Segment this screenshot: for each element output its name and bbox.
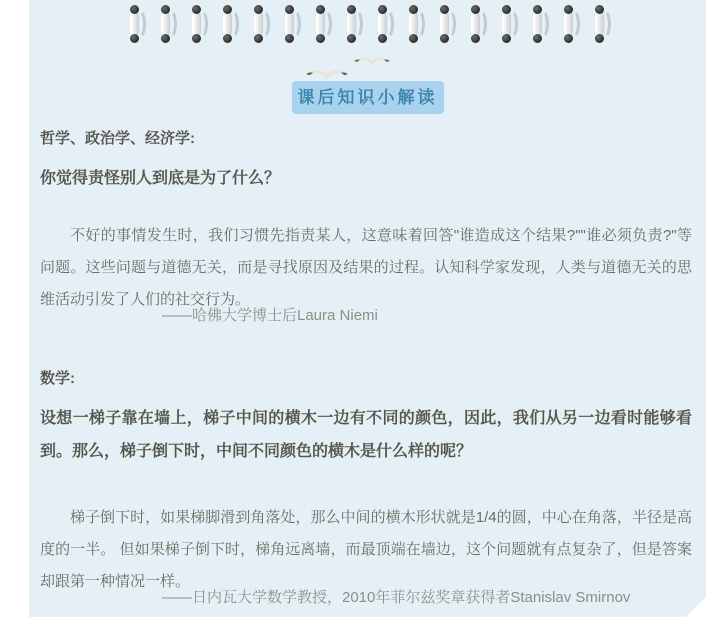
title-badge-area: 课后知识小解读	[29, 81, 706, 114]
binder-ring-icon	[190, 5, 205, 43]
binder-ring-icon	[531, 5, 546, 43]
binder-ring-icon	[128, 5, 143, 43]
notebook-page: 课后知识小解读 哲学、政治学、经济学: 你觉得责怪别人到底是为了什么？ 不好的事…	[29, 0, 706, 617]
binder-ring-icon	[221, 5, 236, 43]
binder-ring-icon	[469, 5, 484, 43]
section-body-philosophy: 不好的事情发生时，我们习惯先指责某人，这意味着回答"谁造成这个结果?""谁必须负…	[40, 220, 692, 316]
binder-rings	[29, 0, 706, 43]
bird-icon	[354, 53, 390, 67]
binder-ring-icon	[376, 5, 391, 43]
section-body-math: 梯子倒下时，如果梯脚滑到角落处，那么中间的横木形状就是1/4的圆，中心在角落，半…	[40, 502, 692, 598]
binder-ring-icon	[314, 5, 329, 43]
section-heading-math: 数学:	[40, 369, 692, 389]
binder-ring-icon	[345, 5, 360, 43]
binder-ring-icon	[500, 5, 515, 43]
binder-ring-icon	[252, 5, 267, 43]
section-question-math: 设想一梯子靠在墙上，梯子中间的横木一边有不同的颜色，因此，我们从另一边看时能够看…	[40, 402, 692, 468]
binder-ring-icon	[562, 5, 577, 43]
section-attribution-math: ——日内瓦大学数学教授，2010年菲尔兹奖章获得者Stanislav Smirn…	[162, 588, 692, 608]
binder-ring-icon	[593, 5, 608, 43]
binder-ring-icon	[407, 5, 422, 43]
article-content: 哲学、政治学、经济学: 你觉得责怪别人到底是为了什么？ 不好的事情发生时，我们习…	[29, 129, 706, 608]
page-title: 课后知识小解读	[292, 81, 444, 114]
binder-ring-icon	[283, 5, 298, 43]
section-heading-philosophy: 哲学、政治学、经济学:	[40, 129, 692, 149]
binder-ring-icon	[159, 5, 174, 43]
section-attribution-philosophy: ——哈佛大学博士后Laura Niemi	[162, 306, 692, 326]
bird-icon	[306, 65, 348, 81]
binder-ring-icon	[438, 5, 453, 43]
section-question-philosophy: 你觉得责怪别人到底是为了什么？	[40, 162, 692, 195]
